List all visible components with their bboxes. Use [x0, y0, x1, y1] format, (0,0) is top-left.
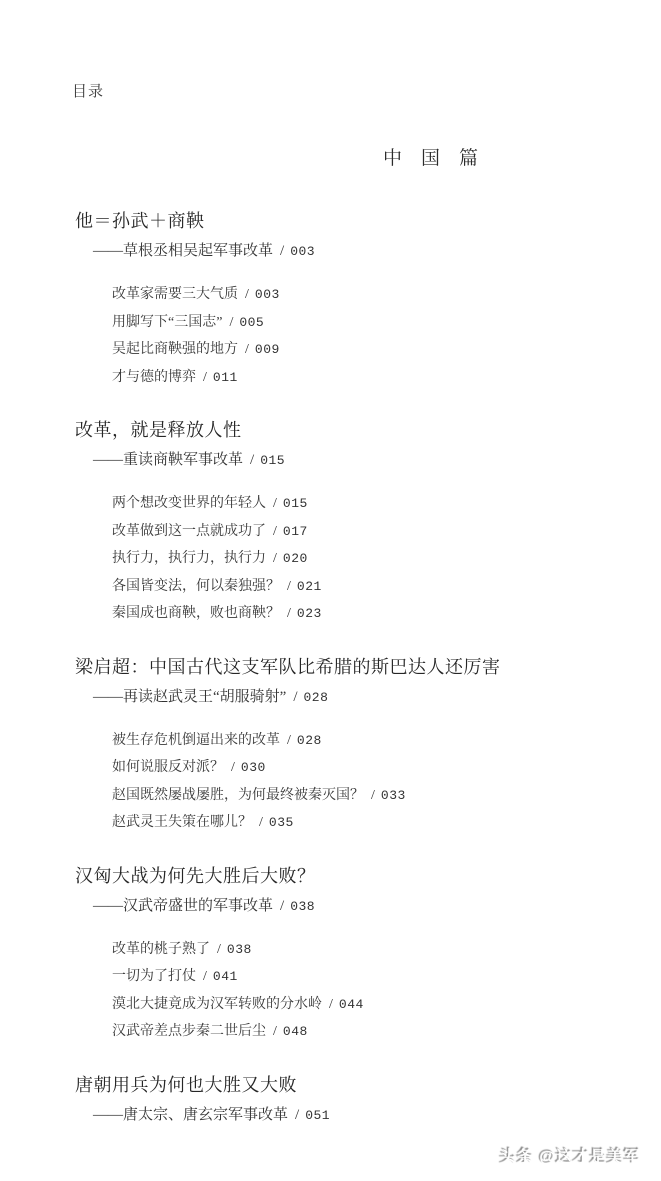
toc-item-text: 改革家需要三大气质 — [112, 287, 238, 302]
page-separator: / — [250, 450, 254, 470]
section-title: 梁启超：中国古代这支军队比希腊的斯巴达人还厉害 — [75, 655, 631, 679]
book-toc-page: 目录 中 国 篇 他＝孙武＋商鞅——草根丞相吴起军事改革/003改革家需要三大气… — [0, 0, 661, 1181]
section-page-number: 038 — [290, 899, 315, 914]
section-page-number: 051 — [305, 1108, 330, 1123]
toc-item-page: 023 — [297, 606, 322, 621]
page-separator: / — [287, 600, 291, 628]
section-title: 唐朝用兵为何也大胜又大败 — [75, 1073, 631, 1097]
toc-item-page: 033 — [381, 788, 406, 803]
toc-item: 吴起比商鞅强的地方/009 — [112, 336, 631, 364]
toc-item-text: 两个想改变世界的年轻人 — [112, 496, 266, 511]
toc-item-text: 秦国成也商鞅，败也商鞅？ — [112, 606, 280, 621]
toc-item-page: 015 — [283, 496, 308, 511]
toc-section: 唐朝用兵为何也大胜又大败——唐太宗、唐玄宗军事改革/051 — [75, 1073, 631, 1126]
toc-item-text: 赵国既然屡战屡胜，为何最终被秦灭国？ — [112, 788, 364, 803]
page-separator: / — [203, 963, 207, 991]
toc-item-text: 改革的桃子熟了 — [112, 942, 210, 957]
toc-item: 如何说服反对派？/030 — [112, 754, 631, 782]
toc-sections: 他＝孙武＋商鞅——草根丞相吴起军事改革/003改革家需要三大气质/003用脚写下… — [75, 209, 631, 1153]
page-separator: / — [280, 241, 284, 261]
toc-item: 赵武灵王失策在哪儿？/035 — [112, 809, 631, 837]
toc-item-page: 041 — [213, 969, 238, 984]
toc-item: 被生存危机倒逼出来的改革/028 — [112, 727, 631, 755]
toc-item-text: 吴起比商鞅强的地方 — [112, 342, 238, 357]
toc-section: 汉匈大战为何先大胜后大败？——汉武帝盛世的军事改革/038改革的桃子熟了/038… — [75, 864, 631, 1046]
toc-item-page: 020 — [283, 551, 308, 566]
toc-item-page: 021 — [297, 579, 322, 594]
section-subtitle-text: ——唐太宗、唐玄宗军事改革 — [93, 1107, 288, 1123]
page-separator: / — [329, 991, 333, 1019]
page-separator: / — [371, 782, 375, 810]
page-separator: / — [273, 518, 277, 546]
toc-item: 汉武帝差点步秦二世后尘/048 — [112, 1018, 631, 1046]
toc-item-page: 005 — [239, 315, 264, 330]
section-subtitle: ——重读商鞅军事改革/015 — [93, 450, 631, 471]
page-separator: / — [280, 896, 284, 916]
toc-item-text: 被生存危机倒逼出来的改革 — [112, 733, 280, 748]
toutiao-watermark: 头条 @这才是美军 — [500, 1144, 641, 1167]
toc-item: 才与德的博弈/011 — [112, 364, 631, 392]
toc-item-page: 028 — [297, 733, 322, 748]
toc-item-text: 各国皆变法，何以秦独强？ — [112, 579, 280, 594]
toc-item: 赵国既然屡战屡胜，为何最终被秦灭国？/033 — [112, 782, 631, 810]
toc-item: 漠北大捷竟成为汉军转败的分水岭/044 — [112, 991, 631, 1019]
section-subtitle-text: ——汉武帝盛世的军事改革 — [93, 898, 273, 914]
section-title: 他＝孙武＋商鞅 — [75, 209, 631, 233]
toc-item: 执行力，执行力，执行力/020 — [112, 545, 631, 573]
section-subtitle-text: ——重读商鞅军事改革 — [93, 452, 243, 468]
page-separator: / — [287, 727, 291, 755]
section-subtitle: ——汉武帝盛世的军事改革/038 — [93, 896, 631, 917]
section-page-number: 028 — [304, 690, 329, 705]
toc-item-page: 038 — [227, 942, 252, 957]
toc-item-text: 执行力，执行力，执行力 — [112, 551, 266, 566]
section-items: 改革家需要三大气质/003用脚写下“三国志”/005吴起比商鞅强的地方/009才… — [112, 281, 631, 391]
toc-item-page: 009 — [255, 342, 280, 357]
page-separator: / — [259, 809, 263, 837]
toc-item-page: 048 — [283, 1024, 308, 1039]
section-subtitle: ——唐太宗、唐玄宗军事改革/051 — [93, 1105, 631, 1126]
toc-item-text: 才与德的博弈 — [112, 370, 196, 385]
page-separator: / — [229, 309, 233, 337]
toc-item-page: 035 — [269, 815, 294, 830]
section-subtitle-text: ——再读赵武灵王“胡服骑射” — [93, 689, 286, 705]
toc-item-text: 用脚写下“三国志” — [112, 315, 222, 330]
toc-section: 梁启超：中国古代这支军队比希腊的斯巴达人还厉害——再读赵武灵王“胡服骑射”/02… — [75, 655, 631, 837]
toc-item: 改革的桃子熟了/038 — [112, 936, 631, 964]
toc-item-page: 044 — [339, 997, 364, 1012]
page-separator: / — [203, 364, 207, 392]
section-title: 汉匈大战为何先大胜后大败？ — [75, 864, 631, 888]
toc-item-page: 017 — [283, 524, 308, 539]
toc-section: 改革，就是释放人性——重读商鞅军事改革/015两个想改变世界的年轻人/015改革… — [75, 418, 631, 628]
page-separator: / — [217, 936, 221, 964]
section-subtitle-text: ——草根丞相吴起军事改革 — [93, 243, 273, 259]
toc-item-text: 汉武帝差点步秦二世后尘 — [112, 1024, 266, 1039]
section-items: 两个想改变世界的年轻人/015改革做到这一点就成功了/017执行力，执行力，执行… — [112, 490, 631, 628]
page-separator: / — [231, 754, 235, 782]
page-separator: / — [273, 545, 277, 573]
page-separator: / — [273, 1018, 277, 1046]
section-items: 改革的桃子熟了/038一切为了打仗/041漠北大捷竟成为汉军转败的分水岭/044… — [112, 936, 631, 1046]
page-separator: / — [287, 573, 291, 601]
page-separator: / — [273, 490, 277, 518]
toc-item: 用脚写下“三国志”/005 — [112, 309, 631, 337]
page-separator: / — [245, 336, 249, 364]
page-separator: / — [295, 1105, 299, 1125]
page-separator: / — [293, 687, 297, 707]
toc-item-text: 如何说服反对派？ — [112, 760, 224, 775]
toc-item-page: 030 — [241, 760, 266, 775]
part-title-china: 中 国 篇 — [383, 146, 478, 172]
page-separator: / — [245, 281, 249, 309]
toc-title: 目录 — [72, 82, 104, 102]
toc-item: 改革做到这一点就成功了/017 — [112, 518, 631, 546]
section-subtitle: ——草根丞相吴起军事改革/003 — [93, 241, 631, 262]
toc-item: 一切为了打仗/041 — [112, 963, 631, 991]
toc-item-text: 改革做到这一点就成功了 — [112, 524, 266, 539]
toc-item: 各国皆变法，何以秦独强？/021 — [112, 573, 631, 601]
section-page-number: 015 — [260, 453, 285, 468]
toc-item-page: 011 — [213, 370, 238, 385]
toc-item-text: 赵武灵王失策在哪儿？ — [112, 815, 252, 830]
toc-item: 两个想改变世界的年轻人/015 — [112, 490, 631, 518]
toc-item: 秦国成也商鞅，败也商鞅？/023 — [112, 600, 631, 628]
toc-section: 他＝孙武＋商鞅——草根丞相吴起军事改革/003改革家需要三大气质/003用脚写下… — [75, 209, 631, 391]
toc-item-page: 003 — [255, 287, 280, 302]
toc-item-text: 漠北大捷竟成为汉军转败的分水岭 — [112, 997, 322, 1012]
section-page-number: 003 — [290, 244, 315, 259]
toc-item: 改革家需要三大气质/003 — [112, 281, 631, 309]
section-title: 改革，就是释放人性 — [75, 418, 631, 442]
section-subtitle: ——再读赵武灵王“胡服骑射”/028 — [93, 687, 631, 708]
section-items: 被生存危机倒逼出来的改革/028如何说服反对派？/030赵国既然屡战屡胜，为何最… — [112, 727, 631, 837]
toc-item-text: 一切为了打仗 — [112, 969, 196, 984]
